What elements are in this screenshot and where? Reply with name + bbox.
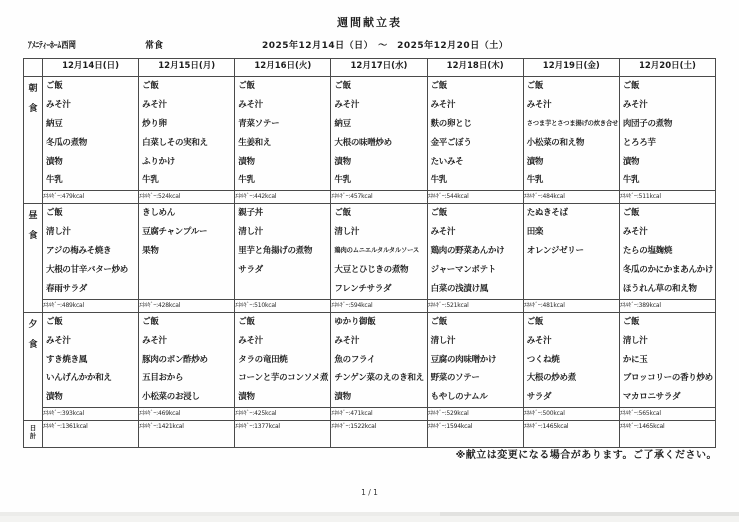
daily-total-row: 日計ｴﾈﾙｷﾞｰ:1361kcalｴﾈﾙｷﾞｰ:1421kcalｴﾈﾙｷﾞｰ:1… <box>24 421 716 448</box>
menu-item: 肉団子の煮物 <box>620 115 715 134</box>
menu-item: みそ汁 <box>620 223 715 242</box>
dinner-menu-cell: ご飯みそ汁すき焼き風いんげんかか和え漬物 <box>43 312 139 407</box>
menu-item: 五目おから <box>139 369 234 388</box>
menu-item: チンゲン菜のえのき和え <box>331 369 426 388</box>
daily-total-cell: ｴﾈﾙｷﾞｰ:1377kcal <box>235 421 331 448</box>
lunch-energy-cell: ｴﾈﾙｷﾞｰ:489kcal <box>43 299 139 312</box>
menu-item: 田楽 <box>524 223 619 242</box>
date-header: 12月18日(木) <box>427 59 523 77</box>
menu-item: みそ汁 <box>331 332 426 351</box>
menu-item: ふりかけ <box>139 153 234 172</box>
breakfast-row-label: 朝食 <box>24 77 43 204</box>
menu-item: 大豆とひじきの煮物 <box>331 261 426 280</box>
facility-name: ｱﾒﾆﾃｨｰﾎｰﾑ西岡 <box>28 38 76 51</box>
breakfast-energy-cell: ｴﾈﾙｷﾞｰ:457kcal <box>331 191 427 204</box>
lunch-energy-cell: ｴﾈﾙｷﾞｰ:594kcal <box>331 299 427 312</box>
dinner-row-label-char: 夕 <box>24 315 42 335</box>
dinner-menu-cell: ご飯みそ汁豚肉のポン酢炒め五目おから小松菜のお浸し <box>139 312 235 407</box>
dinner-menu-cell: ご飯みそ汁つくね焼大根の炒め煮サラダ <box>523 312 619 407</box>
menu-item: ジャーマンポテト <box>428 261 523 280</box>
menu-item: フレンチサラダ <box>331 280 426 299</box>
weekly-menu-table: 12月14日(日)12月15日(月)12月16日(火)12月17日(水)12月1… <box>23 58 716 448</box>
menu-item: みそ汁 <box>235 332 330 351</box>
lunch-row-label-char: 昼 <box>24 206 42 226</box>
menu-item: ご飯 <box>428 77 523 96</box>
menu-item: 漬物 <box>235 153 330 172</box>
menu-item: 豆腐チャンプルー <box>139 223 234 242</box>
menu-item: きしめん <box>139 204 234 223</box>
menu-item: 牛乳 <box>235 171 330 190</box>
menu-item: 豆腐の肉味噌かけ <box>428 351 523 370</box>
dinner-energy-cell: ｴﾈﾙｷﾞｰ:425kcal <box>235 408 331 421</box>
menu-item: 牛乳 <box>331 171 426 190</box>
menu-item: ご飯 <box>235 313 330 332</box>
scan-artifact-strip <box>0 516 739 522</box>
menu-item: 鶏肉の野菜あんかけ <box>428 242 523 261</box>
menu-item: 大根の味噌炒め <box>331 134 426 153</box>
menu-item: ブロッコリーの香り炒め <box>620 369 715 388</box>
menu-item: みそ汁 <box>428 223 523 242</box>
menu-item: 漬物 <box>620 153 715 172</box>
menu-item: 漬物 <box>331 388 426 407</box>
menu-item: たらの塩麹焼 <box>620 242 715 261</box>
menu-item: みそ汁 <box>428 96 523 115</box>
menu-item: いんげんかか和え <box>43 369 138 388</box>
daily-total-cell: ｴﾈﾙｷﾞｰ:1465kcal <box>619 421 715 448</box>
lunch-energy-cell: ｴﾈﾙｷﾞｰ:510kcal <box>235 299 331 312</box>
menu-item: 冬瓜のかにかまあんかけ <box>620 261 715 280</box>
dinner-menu-cell: ご飯清し汁豆腐の肉味噌かけ野菜のソテーもやしのナムル <box>427 312 523 407</box>
menu-item: 豚肉のポン酢炒め <box>139 351 234 370</box>
lunch-menu-cell: きしめん豆腐チャンプルー果物 <box>139 204 235 299</box>
lunch-menu-cell: 親子丼清し汁里芋と角揚げの煮物サラダ <box>235 204 331 299</box>
menu-item: みそ汁 <box>235 96 330 115</box>
breakfast-row-label-char: 食 <box>24 99 42 119</box>
menu-item: アジの梅みそ焼き <box>43 242 138 261</box>
menu-item: サラダ <box>235 261 330 280</box>
page-title: 週間献立表 <box>0 14 739 30</box>
menu-item: 牛乳 <box>620 171 715 190</box>
breakfast-menu-cell: ご飯みそ汁納豆冬瓜の煮物漬物牛乳 <box>43 77 139 191</box>
daily-total-label: 日計 <box>24 421 43 448</box>
daily-total-cell: ｴﾈﾙｷﾞｰ:1465kcal <box>523 421 619 448</box>
menu-item: オレンジゼリー <box>524 242 619 261</box>
dinner-energy-cell: ｴﾈﾙｷﾞｰ:500kcal <box>523 408 619 421</box>
breakfast-energy-cell: ｴﾈﾙｷﾞｰ:544kcal <box>427 191 523 204</box>
breakfast-energy-cell: ｴﾈﾙｷﾞｰ:511kcal <box>619 191 715 204</box>
menu-item: 納豆 <box>331 115 426 134</box>
menu-item: 鶏肉のムニエルタルタルソース <box>331 242 426 261</box>
menu-item: 金平ごぼう <box>428 134 523 153</box>
menu-item: サラダ <box>524 388 619 407</box>
breakfast-energy-cell: ｴﾈﾙｷﾞｰ:479kcal <box>43 191 139 204</box>
dinner-items-row: 夕食ご飯みそ汁すき焼き風いんげんかか和え漬物ご飯みそ汁豚肉のポン酢炒め五目おから… <box>24 312 716 407</box>
dinner-menu-cell: ご飯清し汁かに玉ブロッコリーの香り炒めマカロニサラダ <box>619 312 715 407</box>
daily-total-cell: ｴﾈﾙｷﾞｰ:1594kcal <box>427 421 523 448</box>
lunch-menu-cell: ご飯みそ汁たらの塩麹焼冬瓜のかにかまあんかけほうれん草の和え物 <box>619 204 715 299</box>
menu-item: たぬきそば <box>524 204 619 223</box>
menu-item: 白菜の浅漬け風 <box>428 280 523 299</box>
menu-item: 白菜しその実和え <box>139 134 234 153</box>
menu-item: ご飯 <box>139 313 234 332</box>
menu-item: 冬瓜の煮物 <box>43 134 138 153</box>
dinner-energy-cell: ｴﾈﾙｷﾞｰ:529kcal <box>427 408 523 421</box>
breakfast-energy-cell: ｴﾈﾙｷﾞｰ:524kcal <box>139 191 235 204</box>
daily-total-label-char: 計 <box>24 432 42 440</box>
menu-item: ご飯 <box>428 204 523 223</box>
menu-item: 果物 <box>139 242 234 261</box>
menu-item: かに玉 <box>620 351 715 370</box>
date-header: 12月16日(火) <box>235 59 331 77</box>
menu-item: 牛乳 <box>43 171 138 190</box>
menu-item: ご飯 <box>331 204 426 223</box>
lunch-energy-row: ｴﾈﾙｷﾞｰ:489kcalｴﾈﾙｷﾞｰ:428kcalｴﾈﾙｷﾞｰ:510kc… <box>24 299 716 312</box>
menu-item: 小松菜のお浸し <box>139 388 234 407</box>
menu-item: みそ汁 <box>139 96 234 115</box>
menu-item: 納豆 <box>43 115 138 134</box>
lunch-items-row: 昼食ご飯清し汁アジの梅みそ焼き大根の甘辛バター炒め春雨サラダきしめん豆腐チャンプ… <box>24 204 716 299</box>
breakfast-row-label-char: 朝 <box>24 79 42 99</box>
menu-item: ご飯 <box>428 313 523 332</box>
diet-type-label: 常食 <box>145 38 163 51</box>
lunch-energy-cell: ｴﾈﾙｷﾞｰ:521kcal <box>427 299 523 312</box>
scan-artifact-strip <box>440 512 739 516</box>
menu-item: みそ汁 <box>43 332 138 351</box>
menu-item: すき焼き風 <box>43 351 138 370</box>
corner-cell <box>24 59 43 77</box>
lunch-energy-cell: ｴﾈﾙｷﾞｰ:389kcal <box>619 299 715 312</box>
lunch-energy-cell: ｴﾈﾙｷﾞｰ:428kcal <box>139 299 235 312</box>
menu-item: 清し汁 <box>43 223 138 242</box>
menu-item: 清し汁 <box>428 332 523 351</box>
menu-item: ご飯 <box>620 77 715 96</box>
menu-item: マカロニサラダ <box>620 388 715 407</box>
menu-item: 親子丼 <box>235 204 330 223</box>
menu-item: ご飯 <box>43 77 138 96</box>
menu-item: 麩の卵とじ <box>428 115 523 134</box>
menu-table-body: 12月14日(日)12月15日(月)12月16日(火)12月17日(水)12月1… <box>24 59 716 448</box>
lunch-menu-cell: ご飯清し汁鶏肉のムニエルタルタルソース大豆とひじきの煮物フレンチサラダ <box>331 204 427 299</box>
menu-item: みそ汁 <box>524 96 619 115</box>
daily-total-cell: ｴﾈﾙｷﾞｰ:1522kcal <box>331 421 427 448</box>
menu-item: 牛乳 <box>428 171 523 190</box>
menu-item: 青菜ソテー <box>235 115 330 134</box>
lunch-menu-cell: ご飯みそ汁鶏肉の野菜あんかけジャーマンポテト白菜の浅漬け風 <box>427 204 523 299</box>
dinner-energy-row: ｴﾈﾙｷﾞｰ:393kcalｴﾈﾙｷﾞｰ:469kcalｴﾈﾙｷﾞｰ:425kc… <box>24 408 716 421</box>
menu-item: 小松菜の和え物 <box>524 134 619 153</box>
menu-item: 大根の甘辛バター炒め <box>43 261 138 280</box>
menu-item: ご飯 <box>139 77 234 96</box>
menu-item: みそ汁 <box>331 96 426 115</box>
menu-item: みそ汁 <box>524 332 619 351</box>
menu-item: みそ汁 <box>43 96 138 115</box>
date-header: 12月14日(日) <box>43 59 139 77</box>
menu-item: ご飯 <box>620 204 715 223</box>
menu-item: 牛乳 <box>139 171 234 190</box>
menu-item: タラの竜田焼 <box>235 351 330 370</box>
daily-total-cell: ｴﾈﾙｷﾞｰ:1361kcal <box>43 421 139 448</box>
change-notice: ※献立は変更になる場合があります。ご了承ください。 <box>456 446 717 461</box>
breakfast-energy-cell: ｴﾈﾙｷﾞｰ:484kcal <box>523 191 619 204</box>
menu-item: つくね焼 <box>524 351 619 370</box>
breakfast-energy-cell: ｴﾈﾙｷﾞｰ:442kcal <box>235 191 331 204</box>
menu-item: みそ汁 <box>139 332 234 351</box>
daily-total-cell: ｴﾈﾙｷﾞｰ:1421kcal <box>139 421 235 448</box>
dinner-row-label: 夕食 <box>24 312 43 420</box>
menu-item: 清し汁 <box>620 332 715 351</box>
menu-item: ご飯 <box>331 77 426 96</box>
menu-item: ご飯 <box>43 204 138 223</box>
date-header: 12月17日(水) <box>331 59 427 77</box>
lunch-row-label: 昼食 <box>24 204 43 312</box>
breakfast-menu-cell: ご飯みそ汁青菜ソテー生姜和え漬物牛乳 <box>235 77 331 191</box>
menu-item: とろろ芋 <box>620 134 715 153</box>
menu-item: 牛乳 <box>524 171 619 190</box>
menu-item: 漬物 <box>331 153 426 172</box>
menu-item: 野菜のソテー <box>428 369 523 388</box>
dinner-energy-cell: ｴﾈﾙｷﾞｰ:471kcal <box>331 408 427 421</box>
menu-item: 漬物 <box>43 388 138 407</box>
menu-item: さつま芋とさつま揚げの炊き合せ <box>524 115 619 134</box>
dinner-row-label-char: 食 <box>24 335 42 355</box>
menu-item: ほうれん草の和え物 <box>620 280 715 299</box>
menu-item: 漬物 <box>524 153 619 172</box>
menu-item: もやしのナムル <box>428 388 523 407</box>
menu-item: 漬物 <box>235 388 330 407</box>
lunch-menu-cell: たぬきそば田楽オレンジゼリー <box>523 204 619 299</box>
menu-item: 春雨サラダ <box>43 280 138 299</box>
menu-item: ご飯 <box>43 313 138 332</box>
menu-item: みそ汁 <box>620 96 715 115</box>
menu-item: 清し汁 <box>235 223 330 242</box>
breakfast-menu-cell: ご飯みそ汁炒り卵白菜しその実和えふりかけ牛乳 <box>139 77 235 191</box>
lunch-energy-cell: ｴﾈﾙｷﾞｰ:481kcal <box>523 299 619 312</box>
menu-item: たいみそ <box>428 153 523 172</box>
menu-item: 炒り卵 <box>139 115 234 134</box>
date-range: 2025年12月14日（日） ～ 2025年12月20日（土） <box>262 38 508 51</box>
breakfast-items-row: 朝食ご飯みそ汁納豆冬瓜の煮物漬物牛乳ご飯みそ汁炒り卵白菜しその実和えふりかけ牛乳… <box>24 77 716 191</box>
menu-item: ご飯 <box>524 77 619 96</box>
lunch-row-label-char: 食 <box>24 226 42 246</box>
dinner-menu-cell: ご飯みそ汁タラの竜田焼コーンと芋のコンソメ煮漬物 <box>235 312 331 407</box>
date-header: 12月20日(土) <box>619 59 715 77</box>
dinner-energy-cell: ｴﾈﾙｷﾞｰ:565kcal <box>619 408 715 421</box>
date-header-row: 12月14日(日)12月15日(月)12月16日(火)12月17日(水)12月1… <box>24 59 716 77</box>
breakfast-menu-cell: ご飯みそ汁さつま芋とさつま揚げの炊き合せ小松菜の和え物漬物牛乳 <box>523 77 619 191</box>
page-number: 1 / 1 <box>0 488 739 497</box>
menu-item: 清し汁 <box>331 223 426 242</box>
menu-item: ご飯 <box>524 313 619 332</box>
breakfast-menu-cell: ご飯みそ汁麩の卵とじ金平ごぼうたいみそ牛乳 <box>427 77 523 191</box>
lunch-menu-cell: ご飯清し汁アジの梅みそ焼き大根の甘辛バター炒め春雨サラダ <box>43 204 139 299</box>
menu-document-page: 週間献立表 ｱﾒﾆﾃｨｰﾎｰﾑ西岡 常食 2025年12月14日（日） ～ 20… <box>0 0 739 522</box>
date-header: 12月19日(金) <box>523 59 619 77</box>
dinner-menu-cell: ゆかり御飯みそ汁魚のフライチンゲン菜のえのき和え漬物 <box>331 312 427 407</box>
breakfast-menu-cell: ご飯みそ汁納豆大根の味噌炒め漬物牛乳 <box>331 77 427 191</box>
menu-item: 魚のフライ <box>331 351 426 370</box>
menu-item: 里芋と角揚げの煮物 <box>235 242 330 261</box>
menu-item: 漬物 <box>43 153 138 172</box>
menu-item: コーンと芋のコンソメ煮 <box>235 369 330 388</box>
menu-item: ゆかり御飯 <box>331 313 426 332</box>
date-header: 12月15日(月) <box>139 59 235 77</box>
menu-item: ご飯 <box>620 313 715 332</box>
breakfast-menu-cell: ご飯みそ汁肉団子の煮物とろろ芋漬物牛乳 <box>619 77 715 191</box>
breakfast-energy-row: ｴﾈﾙｷﾞｰ:479kcalｴﾈﾙｷﾞｰ:524kcalｴﾈﾙｷﾞｰ:442kc… <box>24 191 716 204</box>
dinner-energy-cell: ｴﾈﾙｷﾞｰ:393kcal <box>43 408 139 421</box>
menu-item: ご飯 <box>235 77 330 96</box>
menu-item: 生姜和え <box>235 134 330 153</box>
menu-item: 大根の炒め煮 <box>524 369 619 388</box>
dinner-energy-cell: ｴﾈﾙｷﾞｰ:469kcal <box>139 408 235 421</box>
